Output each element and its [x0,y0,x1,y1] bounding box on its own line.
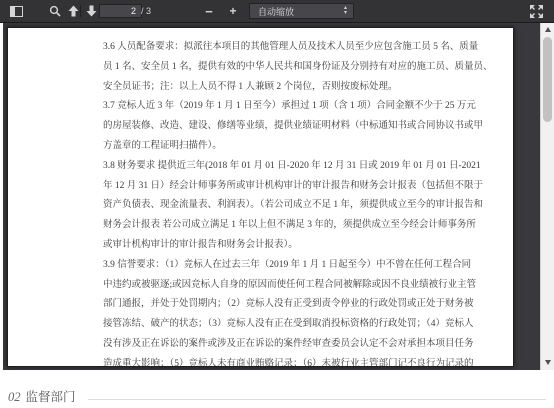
doc-line: 3.9 信誉要求：（1）竞标人在过去三年（2019 年 1 月 1 日起至今）中… [103,256,513,276]
page-number-input[interactable] [99,4,142,18]
search-button[interactable] [46,0,64,22]
scrollbar-down-icon [545,360,551,365]
chevron-up-down-icon: ▴▾ [344,6,347,16]
toolbar-separator [80,5,81,17]
webpage-section: 02监督部门 [0,370,554,408]
doc-line: 的房屋装修、改造、建设、修缮等业绩，提供业绩证明材料（中标通知书或合同协议书或甲 [103,117,513,137]
zoom-in-button[interactable]: + [224,0,242,22]
pdf-viewer-body: 3.6 人员配备要求：拟派往本项目的其他管理人员及技术人员至少应包含施工员 5 … [0,23,554,370]
page-count-label: / 3 [141,0,151,22]
doc-line: 造成重大影响；（5）竞标人未有商业贿赂记录；（6）未被行业主管部门记不良行为记录… [103,355,513,367]
sidebar-toggle-button[interactable] [6,0,26,22]
doc-line: 3.8 财务要求 提供近三年(2018 年 01 月 01 日-2020 年 1… [103,157,513,177]
fullscreen-button[interactable] [526,0,546,22]
doc-line: 3.6 人员配备要求：拟派往本项目的其他管理人员及技术人员至少应包含施工员 5 … [103,38,513,58]
arrow-up-icon [68,5,79,17]
scrollbar-thumb[interactable] [543,37,552,122]
scrollbar-up-button[interactable] [541,23,554,35]
pdf-toolbar: / 3 − + 自动缩放 ▴▾ [0,0,554,23]
zoom-select-value: 自动缩放 [258,5,294,18]
section-title: 监督部门 [26,390,76,404]
next-page-button[interactable] [82,0,100,22]
pdf-viewer-app: / 3 − + 自动缩放 ▴▾ 3.6 人员配备要求：拟派往 [0,0,554,408]
zoom-select[interactable]: 自动缩放 ▴▾ [249,3,354,19]
search-icon [49,5,61,17]
doc-line: 员 1 名、安全员 1 名，提供有效的中华人民共和国身份证及分别持有对应的施工员… [103,58,513,78]
zoom-out-button[interactable]: − [200,0,218,22]
arrow-down-icon [86,5,97,17]
pdf-page: 3.6 人员配备要求：拟派往本项目的其他管理人员及技术人员至少应包含施工员 5 … [7,27,514,367]
doc-line: 没有涉及正在诉讼的案件或涉及正在诉讼的案件经审查委员会认定不会对承担本项目任务 [103,335,513,355]
scrollbar[interactable] [540,23,554,370]
scrollbar-up-icon [545,27,551,32]
section-number: 02 [8,390,21,404]
doc-line: 方盖章的工程证明扫描件）。 [103,137,513,157]
doc-line: 部门通报，并处于处罚期内；（2）竞标人没有正受到责令停业的行政处罚或正处于财务被 [103,295,513,315]
doc-line: 3.7 竞标人近 3 年（2019 年 1 月 1 日至今）承担过 1 项（含 … [103,97,513,117]
sidebar-toggle-icon [10,6,23,17]
document-text-block: 3.6 人员配备要求：拟派往本项目的其他管理人员及技术人员至少应包含施工员 5 … [103,38,513,367]
fullscreen-expand-icon [530,5,543,18]
scrollbar-down-button[interactable] [541,356,554,368]
doc-line: 年 12 月 31 日）经会计师事务所或审计机构审计的审计报告和财务会计报表（包… [103,177,513,197]
doc-line: 资产负债表、现金流量表、利润表）。（若公司成立不足 1 年，须提供成立至今的审计… [103,196,513,216]
doc-line: 中违约或被驱逐;或因竞标人自身的原因而使任何工程合同被解除或因不良业绩被行业主管 [103,276,513,296]
doc-line: 或审计机构审计的审计报告和财务会计报表）。 [103,236,513,256]
section-heading: 02监督部门 [8,387,76,405]
doc-line: 财务会计报表 若公司成立满足 1 年以上但不满足 3 年的，须提供成立至今经会计… [103,216,513,236]
section-divider-line [88,399,546,400]
doc-line: 接管冻结、破产的状态；（3）竞标人没有正在受到取消投标资格的行政处罚；（4）竞标… [103,315,513,335]
doc-line: 安全员证书；注：以上人员不得 1 人兼顾 2 个岗位，否则按废标处理。 [103,78,513,98]
